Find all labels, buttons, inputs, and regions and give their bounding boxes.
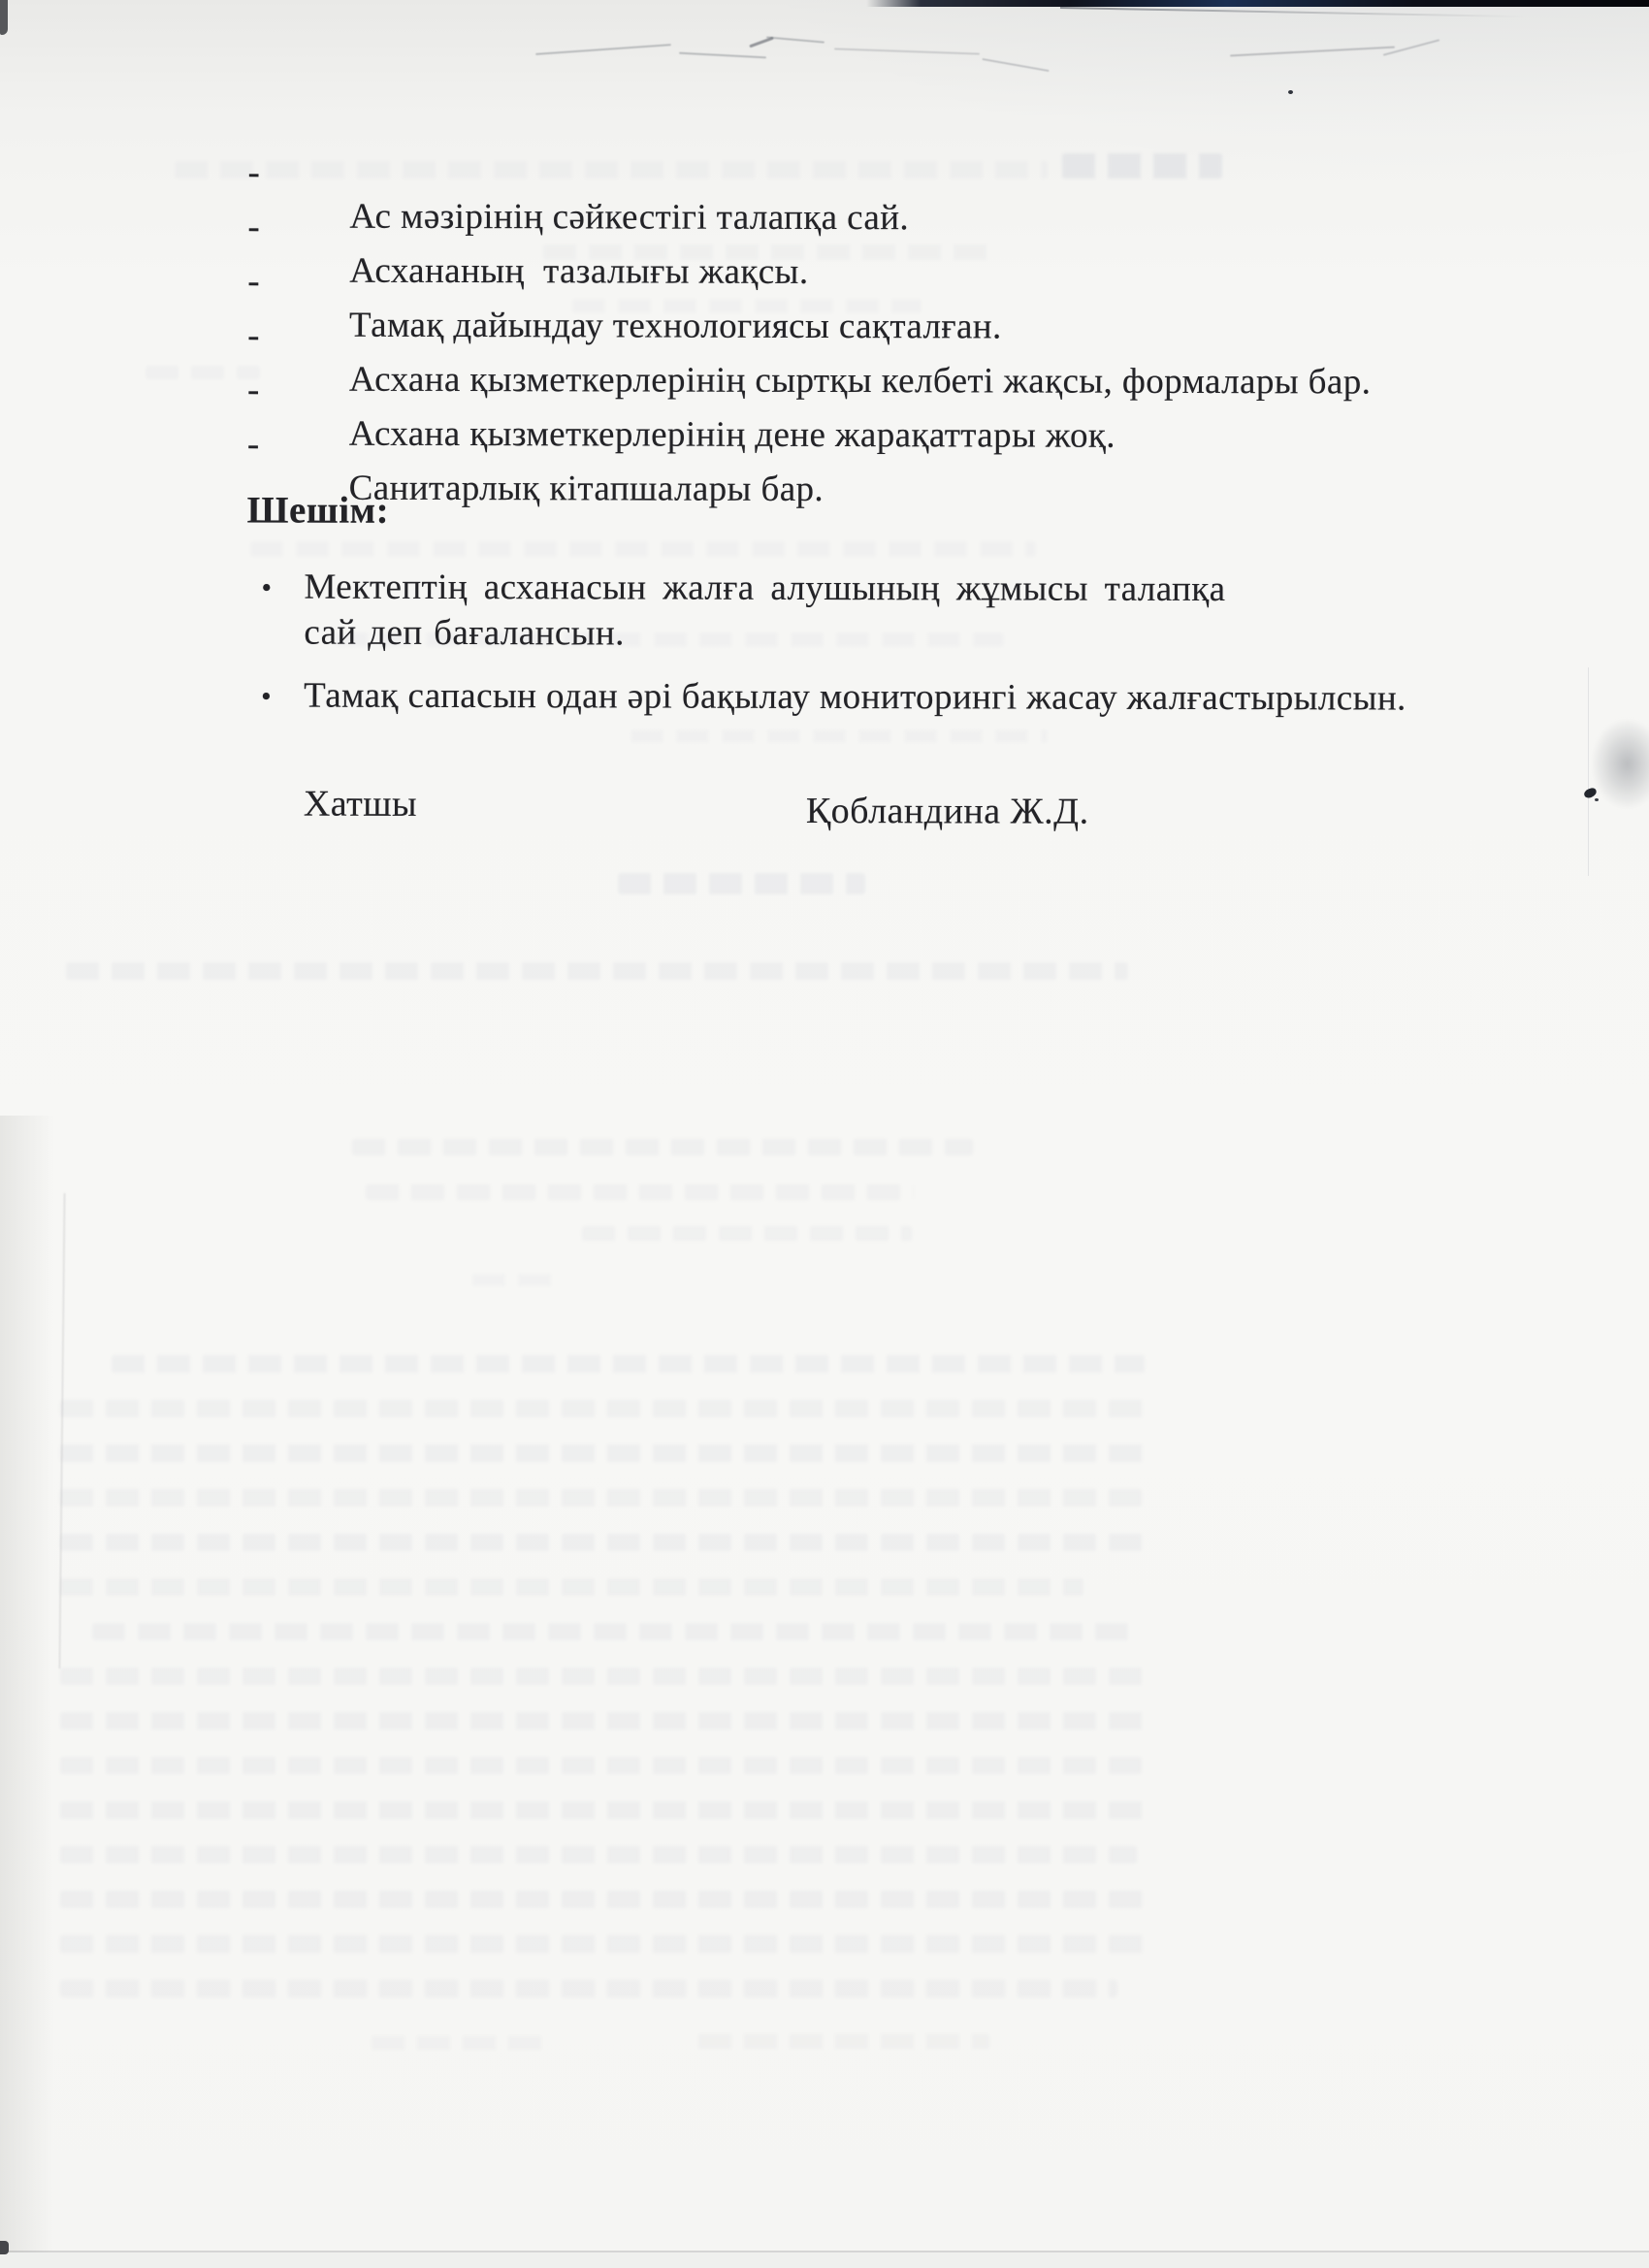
dash-marker: - — [247, 260, 260, 302]
finding-text: Санитарлық кітапшалары бар. — [349, 469, 824, 509]
decision-item: •Тамақ сапасын одан әрі бақылау монитори… — [304, 673, 1406, 722]
decision-item: •Мектептің асханасын жалға алушының жұмы… — [304, 565, 1225, 658]
signature-role: Хатшы — [304, 783, 417, 826]
dash-marker: - — [247, 314, 260, 356]
dash-marker: - — [247, 369, 260, 410]
decision-text: Мектептің асханасын жалға алушының жұмыс… — [304, 567, 1225, 654]
decision-heading: Шешім: — [247, 488, 390, 532]
bullet-marker: • — [261, 673, 272, 719]
scanned-document-page: -Ас мәзірінің сәйкестігі талапқа сай. -А… — [0, 0, 1649, 2268]
signature-name: Қобландина Ж.Д. — [806, 790, 1089, 833]
decision-text: Тамақ сапасын одан әрі бақылау мониторин… — [304, 676, 1406, 719]
document-content: -Ас мәзірінің сәйкестігі талапқа сай. -А… — [0, 0, 1649, 2268]
bullet-marker: • — [261, 565, 272, 610]
dash-marker: - — [248, 151, 261, 193]
dash-marker: - — [247, 206, 260, 247]
dash-marker: - — [247, 423, 260, 465]
